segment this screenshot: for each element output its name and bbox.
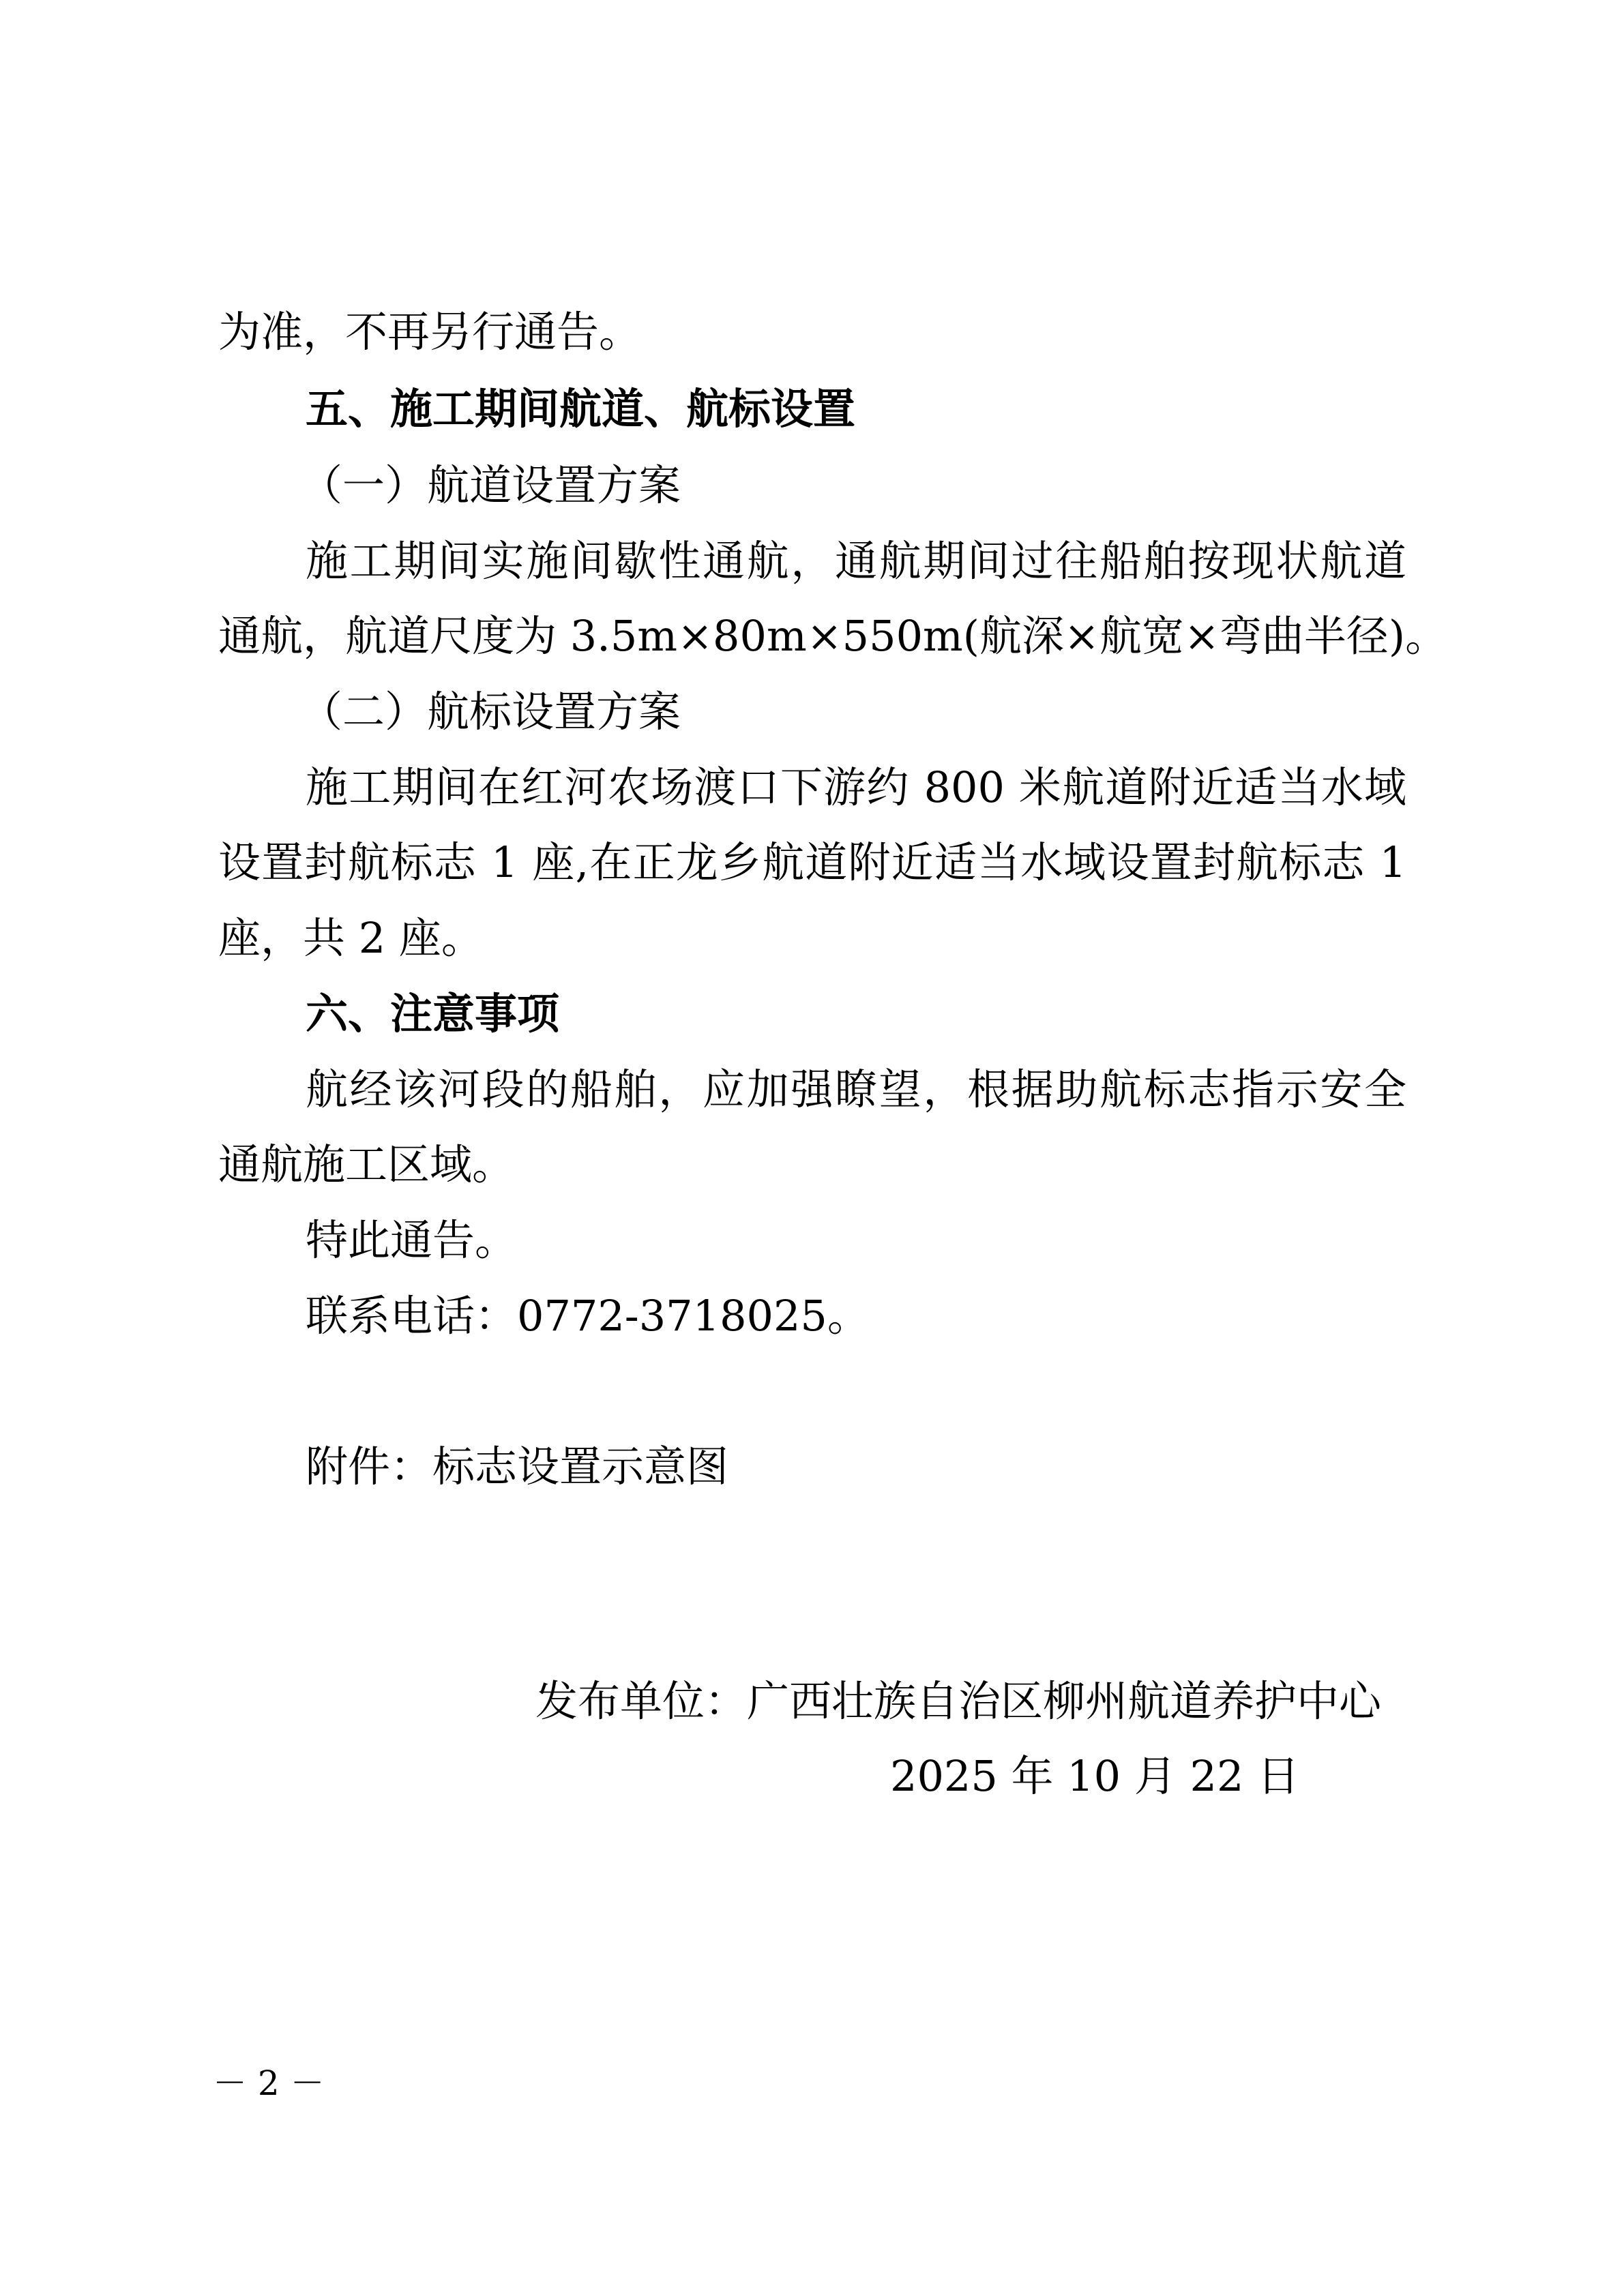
paragraph-3-line-2: 通航施工区域。 — [218, 1137, 1406, 1192]
paragraph-1-line-2: 通航，航道尺度为 3.5m×80m×550m(航深×航宽×弯曲半径)。 — [218, 609, 1406, 664]
paragraph-2-line-1: 施工期间在红河农场渡口下游约 800 米航道附近适当水域 — [306, 760, 1406, 815]
paragraph-2-line-2: 设置封航标志 1 座,在正龙乡航道附近适当水域设置封航标志 1 — [218, 835, 1406, 890]
issue-date: 2025 年 10 月 22 日 — [890, 1749, 1299, 1804]
paragraph-3-line-1: 航经该河段的船舶，应加强瞭望，根据助航标志指示安全 — [306, 1062, 1406, 1117]
subsection-1-heading: （一）航道设置方案 — [300, 458, 1391, 513]
subsection-2-heading: （二）航标设置方案 — [300, 685, 1391, 739]
document-page: 为准，不再另行通告。 五、施工期间航道、航标设置 （一）航道设置方案 施工期间实… — [0, 0, 1624, 2296]
issuer-signature: 发布单位：广西壮族自治区柳州航道养护中心 — [535, 1674, 1381, 1729]
section-6-heading: 六、注意事项 — [306, 987, 1406, 1041]
section-5-heading: 五、施工期间航道、航标设置 — [306, 382, 1406, 436]
contact-phone: 联系电话：0772-3718025。 — [306, 1289, 1406, 1343]
page-number: － 2 － — [213, 2059, 325, 2107]
paragraph-2-line-3: 座，共 2 座。 — [218, 911, 1406, 966]
closing-statement: 特此通告。 — [306, 1213, 1406, 1268]
attachment-note: 附件：标志设置示意图 — [306, 1440, 1406, 1494]
continuation-line: 为准，不再另行通告。 — [218, 305, 1406, 359]
paragraph-1-line-1: 施工期间实施间歇性通航，通航期间过往船舶按现状航道 — [306, 534, 1406, 588]
